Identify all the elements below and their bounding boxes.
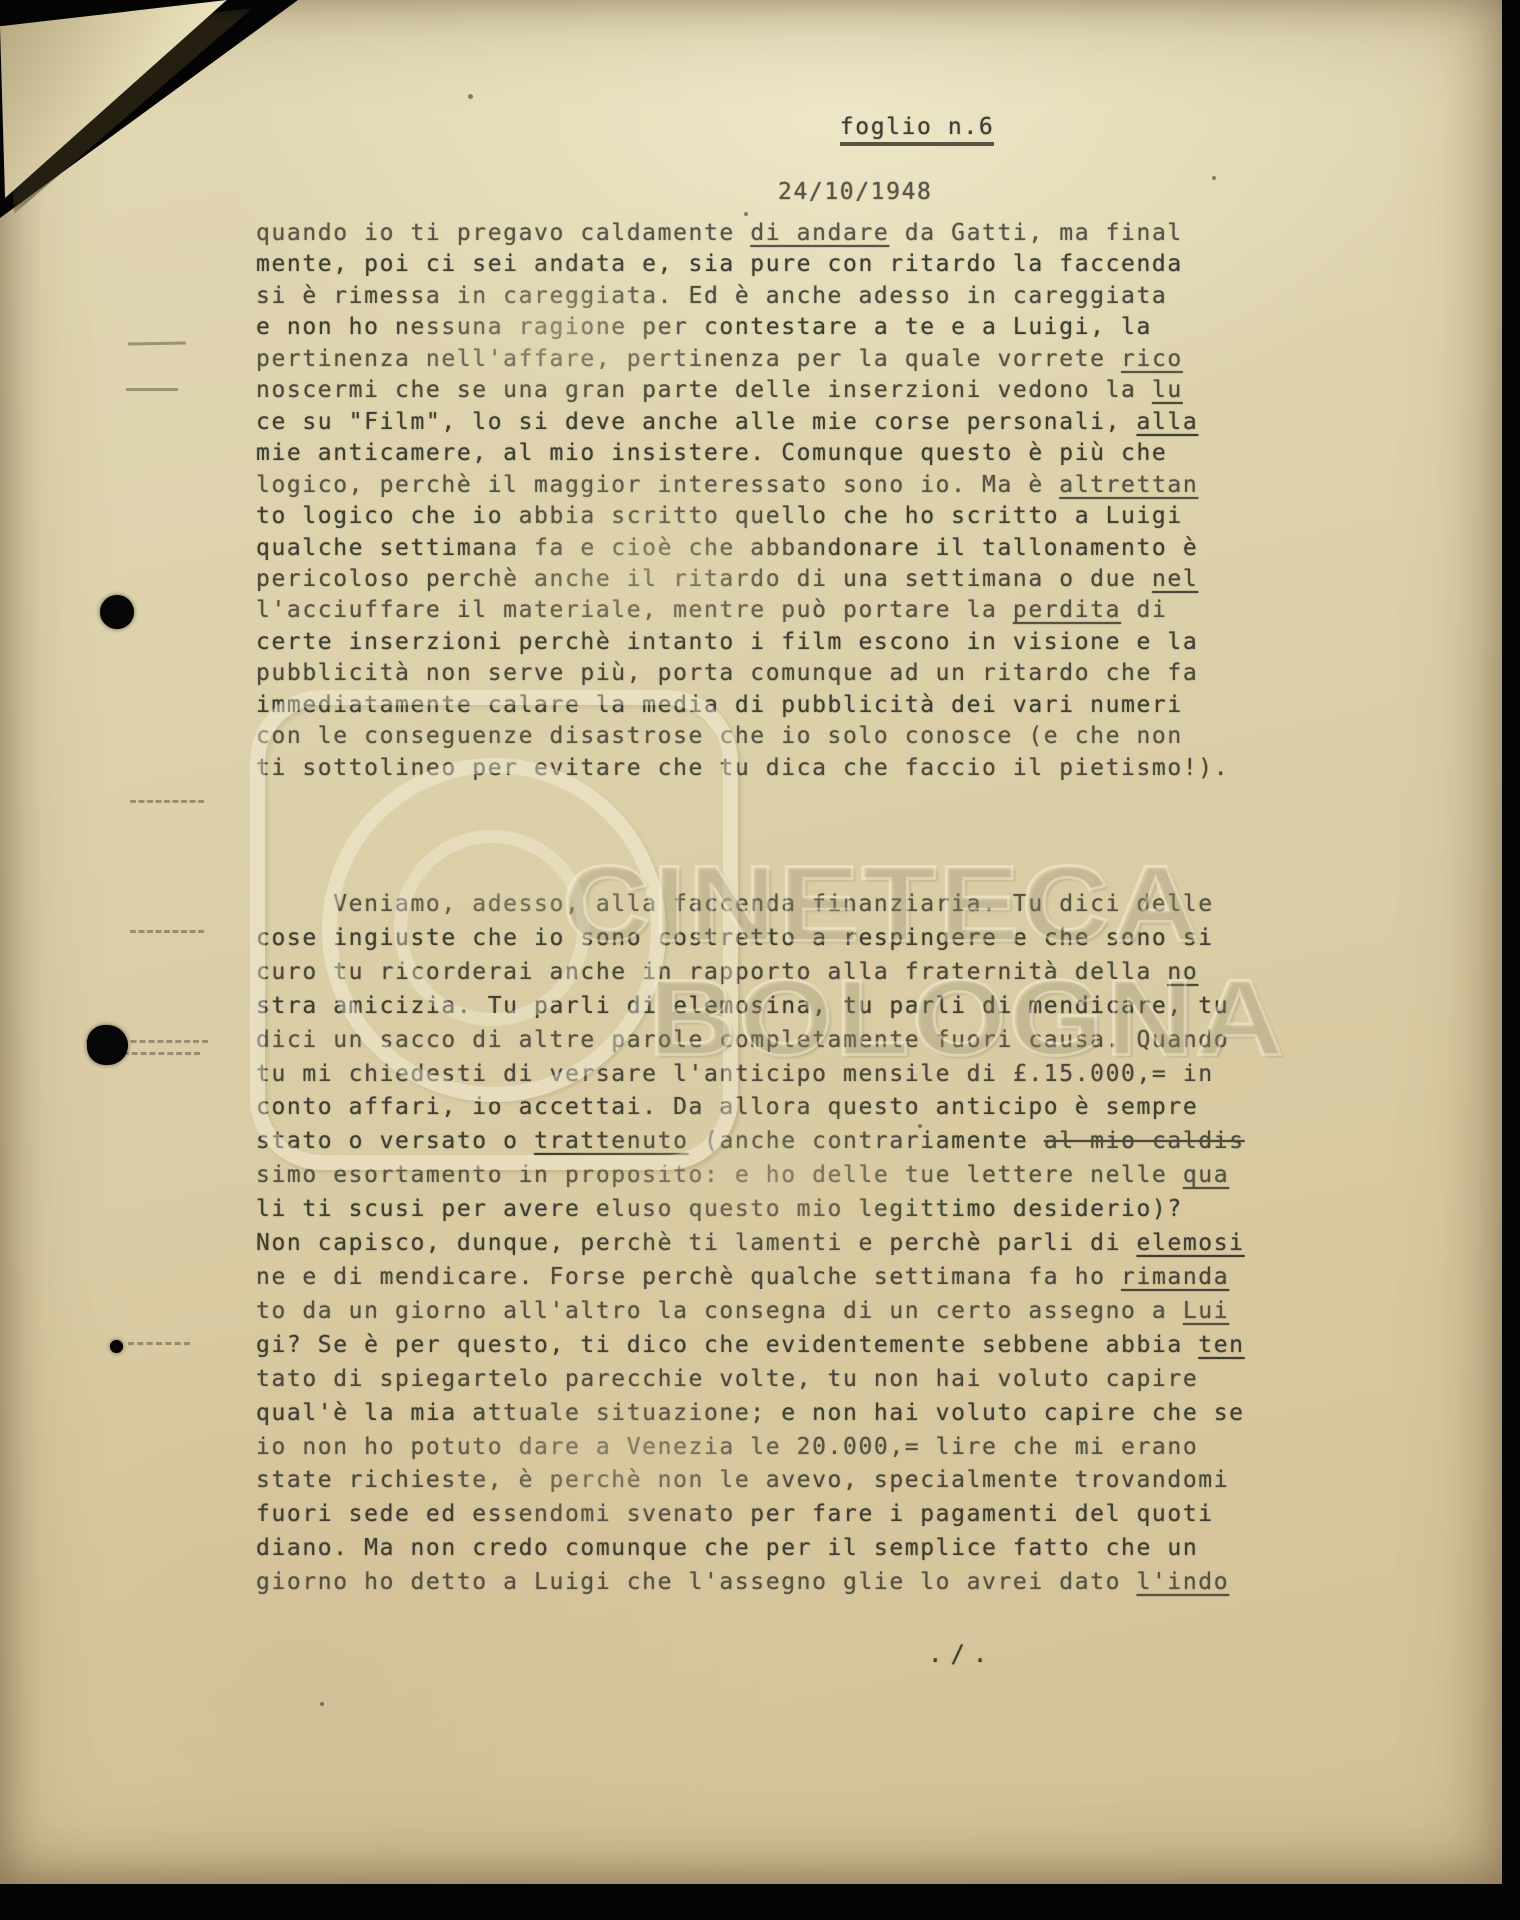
typed-line: mente, poi ci sei andata e, sia pure con… <box>256 249 1229 280</box>
typed-line: Veniamo, adesso, alla faccenda finanziar… <box>256 888 1245 922</box>
punch-hole <box>110 1340 123 1353</box>
typed-line: tu mi chiedesti di versare l'anticipo me… <box>256 1058 1245 1092</box>
typed-line: pericoloso perchè anche il ritardo di un… <box>256 564 1229 595</box>
ink-speck <box>320 1702 324 1706</box>
typed-line: curo tu ricorderai anche in rapporto all… <box>256 956 1245 990</box>
punch-hole <box>100 595 134 629</box>
ink-speck <box>1212 176 1216 180</box>
typed-line: pubblicità non serve più, porta comunque… <box>256 658 1229 689</box>
pencil-mark <box>130 930 204 933</box>
typed-line: e non ho nessuna ragione per contestare … <box>256 312 1229 343</box>
paragraph-2: Veniamo, adesso, alla faccenda finanziar… <box>256 888 1245 1600</box>
typed-line: conto affari, io accettai. Da allora que… <box>256 1091 1245 1125</box>
typed-line: tato di spiegartelo parecchie volte, tu … <box>256 1363 1245 1397</box>
scanned-letter-page: foglio n.6 24/10/1948 quando io ti prega… <box>0 0 1520 1920</box>
typed-line: state richieste, è perchè non le avevo, … <box>256 1464 1245 1498</box>
typed-line: pertinenza nell'affare, pertinenza per l… <box>256 344 1229 375</box>
typed-line: logico, perchè il maggior interessato so… <box>256 470 1229 501</box>
typed-line: Non capisco, dunque, perchè ti lamenti e… <box>256 1227 1245 1261</box>
typed-line: qual'è la mia attuale situazione; e non … <box>256 1397 1245 1431</box>
typed-line: simo esortamento in proposito: e ho dell… <box>256 1159 1245 1193</box>
date-label: 24/10/1948 <box>778 179 994 205</box>
paragraph-1: quando io ti pregavo caldamente di andar… <box>256 218 1229 784</box>
typed-line: qualche settimana fa e cioè che abbandon… <box>256 533 1229 564</box>
typed-line: si è rimessa in careggiata. Ed è anche a… <box>256 281 1229 312</box>
typed-line: noscermi che se una gran parte delle ins… <box>256 375 1229 406</box>
typed-line: li ti scusi per avere eluso questo mio l… <box>256 1193 1245 1227</box>
typed-line: ce su "Film", lo si deve anche alle mie … <box>256 407 1229 438</box>
typed-line: gi? Se è per questo, ti dico che evident… <box>256 1329 1245 1363</box>
continuation-mark: ./. <box>928 1640 995 1668</box>
typed-line: to logico che io abbia scritto quello ch… <box>256 501 1229 532</box>
typed-line: io non ho potuto dare a Venezia le 20.00… <box>256 1431 1245 1465</box>
typed-line: con le conseguenze disastrose che io sol… <box>256 721 1229 752</box>
pencil-mark <box>130 800 204 803</box>
typed-line: dici un sacco di altre parole completame… <box>256 1024 1245 1058</box>
typed-line: stato o versato o trattenuto (anche cont… <box>256 1125 1245 1159</box>
typed-line: giorno ho detto a Luigi che l'assegno gl… <box>256 1566 1245 1600</box>
sheet-number-label: foglio n.6 <box>840 114 994 146</box>
typed-line: quando io ti pregavo caldamente di andar… <box>256 218 1229 249</box>
typed-line: mie anticamere, al mio insistere. Comunq… <box>256 438 1229 469</box>
typed-line: stra amicizia. Tu parli di elemosina, tu… <box>256 990 1245 1024</box>
typed-line: to da un giorno all'altro la consegna di… <box>256 1295 1245 1329</box>
typed-line: diano. Ma non credo comunque che per il … <box>256 1532 1245 1566</box>
punch-hole <box>87 1025 128 1065</box>
pencil-mark <box>128 1342 190 1345</box>
typed-line: fuori sede ed essendomi svenato per fare… <box>256 1498 1245 1532</box>
typed-line: immediatamente calare la media di pubbli… <box>256 690 1229 721</box>
typed-line: ne e di mendicare. Forse perchè qualche … <box>256 1261 1245 1295</box>
typed-line: certe inserzioni perchè intanto i film e… <box>256 627 1229 658</box>
ink-speck <box>744 212 748 216</box>
typed-line: cose ingiuste che io sono costretto a re… <box>256 922 1245 956</box>
typed-line: ti sottolineo per evitare che tu dica ch… <box>256 753 1229 784</box>
ink-speck <box>468 94 473 99</box>
typed-line: l'acciuffare il materiale, mentre può po… <box>256 595 1229 626</box>
pencil-mark <box>126 388 178 391</box>
